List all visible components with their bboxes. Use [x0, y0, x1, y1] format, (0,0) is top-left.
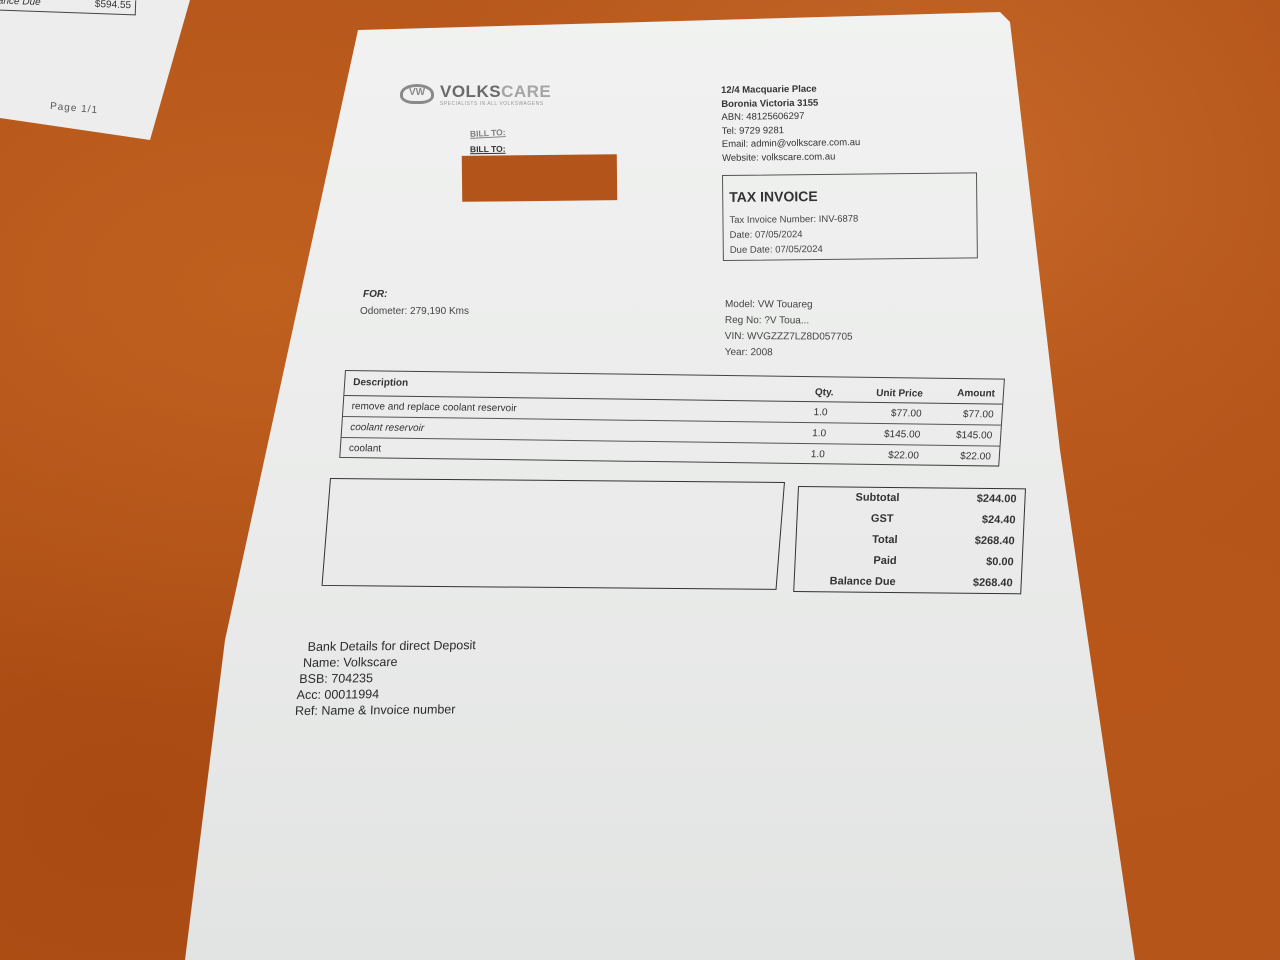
item-description: remove and replace coolant reservoir	[351, 401, 517, 414]
item-unit-price: $77.00	[891, 408, 922, 419]
bank-heading: Bank Details for direct Deposit	[297, 637, 476, 655]
item-unit-price: $22.00	[888, 450, 919, 461]
item-unit-price: $145.00	[884, 429, 921, 440]
odometer: Odometer: 279,190 Kms	[360, 306, 469, 317]
item-amount: $22.00	[960, 451, 991, 462]
tax-invoice-box: TAX INVOICE Tax Invoice Number: INV-6878…	[722, 172, 978, 261]
logo-word-volks: VOLKS	[440, 82, 501, 101]
logo-word-care: CARE	[501, 82, 551, 101]
header-description: Description	[353, 377, 409, 389]
vehicle-details: Model: VW Touareg Reg No: ?V Toua... VIN…	[725, 297, 853, 362]
subtotal-value: $244.00	[976, 493, 1016, 505]
bill-to-cutout	[462, 154, 617, 202]
company-email: Email: admin@volkscare.com.au	[722, 136, 861, 151]
gst-row: GST $24.40	[797, 508, 1024, 531]
bank-acc: Acc: 00011994	[295, 685, 474, 703]
invoice-due-date: Due Date: 07/05/2024	[730, 244, 823, 256]
vw-badge-icon	[400, 84, 434, 104]
vehicle-vin: VIN: WVGZZZ7LZ8D057705	[725, 329, 853, 346]
subtotal-row: Subtotal $244.00	[798, 487, 1025, 510]
balance-due-value: $268.40	[973, 577, 1013, 589]
invoice-document: VOLKSCARE SPECIALISTS IN ALL VOLKSWAGENS…	[0, 0, 1280, 960]
bank-bsb: BSB: 704235	[296, 669, 475, 687]
logo-wordmark: VOLKSCARE	[440, 82, 551, 102]
line-items-table: Description Qty. Unit Price Amount remov…	[339, 370, 1005, 467]
bank-ref: Ref: Name & Invoice number	[295, 701, 474, 719]
item-amount: $77.00	[963, 409, 994, 420]
header-qty: Qty.	[815, 387, 834, 398]
item-qty: 1.0	[812, 428, 827, 439]
total-label: Total	[872, 534, 898, 546]
item-qty: 1.0	[810, 449, 825, 460]
paid-label: Paid	[873, 555, 897, 567]
vehicle-model: Model: VW Touareg	[725, 297, 853, 314]
notes-box	[322, 478, 785, 590]
vehicle-year: Year: 2008	[725, 345, 853, 362]
company-website: Website: volkscare.com.au	[722, 150, 861, 165]
header-amount: Amount	[957, 388, 995, 399]
gst-value: $24.40	[982, 514, 1016, 526]
bill-to-label: BILL TO:	[470, 144, 506, 155]
gst-label: GST	[871, 513, 894, 525]
company-address-block: 12/4 Macquarie Place Boronia Victoria 31…	[721, 82, 861, 165]
bank-name: Name: Volkscare	[297, 653, 476, 671]
balance-due-label: Balance Due	[829, 575, 896, 588]
totals-box: Subtotal $244.00 GST $24.40 Total $268.4…	[793, 486, 1026, 594]
subtotal-label: Subtotal	[855, 492, 900, 504]
logo-tagline: SPECIALISTS IN ALL VOLKSWAGENS	[440, 101, 544, 107]
bank-details: Bank Details for direct Deposit Name: Vo…	[295, 637, 476, 719]
for-label: FOR:	[363, 289, 387, 300]
total-value: $268.40	[975, 535, 1015, 547]
item-description: coolant	[348, 443, 381, 454]
balance-due-row: Balance Due $268.40	[794, 571, 1021, 594]
invoice-title: TAX INVOICE	[729, 188, 818, 205]
invoice-number: Tax Invoice Number: INV-6878	[729, 214, 858, 226]
company-logo: VOLKSCARE SPECIALISTS IN ALL VOLKSWAGENS	[400, 80, 570, 110]
invoice-date: Date: 07/05/2024	[730, 229, 803, 241]
header-unit-price: Unit Price	[876, 388, 923, 400]
bill-to-label-faded: BILL TO:	[470, 127, 506, 139]
item-description: coolant reservoir	[350, 422, 425, 434]
vehicle-reg: Reg No: ?V Toua...	[725, 313, 853, 330]
paid-row: Paid $0.00	[795, 550, 1022, 573]
item-amount: $145.00	[956, 430, 993, 441]
item-qty: 1.0	[813, 407, 828, 418]
paid-value: $0.00	[986, 556, 1014, 568]
total-row: Total $268.40	[796, 529, 1023, 552]
